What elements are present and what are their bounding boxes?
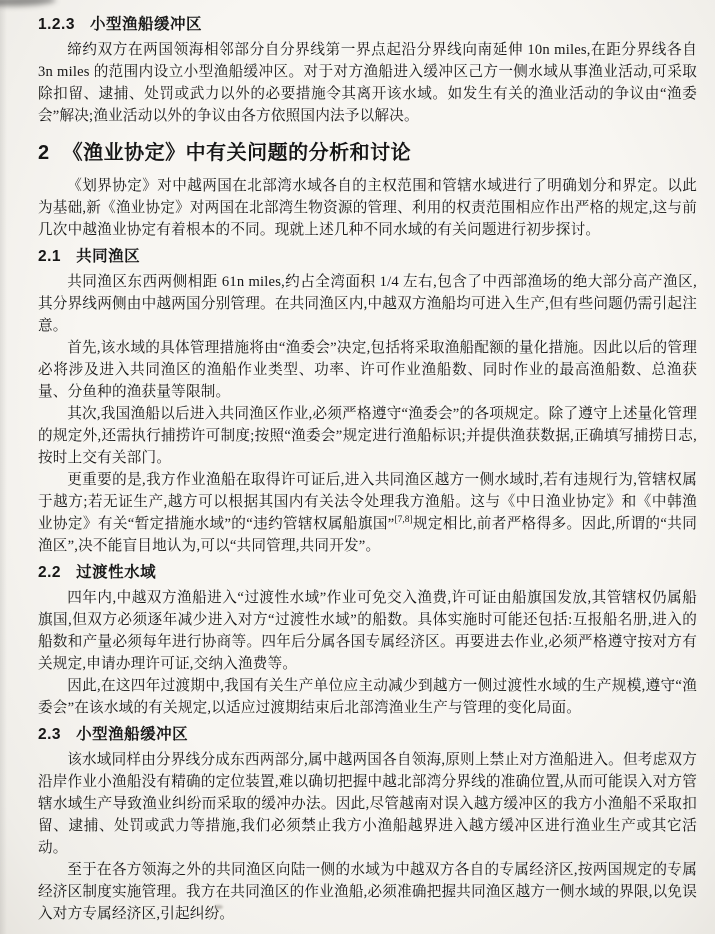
section-title: 过渡性水域 (76, 564, 156, 581)
section-number: 2.2 (38, 564, 61, 581)
paragraph-common-zone-jurisdiction: 更重要的是,我方作业渔船在取得许可证后,进入共同渔区越方一侧水域时,若有违规行为… (38, 469, 697, 557)
section-heading-2-1: 2.1共同渔区 (38, 246, 697, 268)
section-heading-1-2-3: 1.2.3小型渔船缓冲区 (38, 14, 697, 36)
scanned-document-page: 1.2.3小型渔船缓冲区 缔约双方在两国领海相邻部分自分界线第一界点起沿分界线向… (0, 0, 715, 934)
paragraph-common-zone-size: 共同渔区东西两侧相距 61n miles,约占全湾面积 1/4 左右,包含了中西… (38, 271, 697, 337)
section-heading-2-3: 2.3小型渔船缓冲区 (38, 724, 697, 746)
section-title: 小型渔船缓冲区 (90, 16, 202, 33)
citation-ref-7-8: [7,8] (395, 515, 413, 525)
chapter-title: 《渔业协定》中有关问题的分析和讨论 (63, 142, 412, 164)
paragraph-transitional-waters-advice: 因此,在这四年过渡期中,我国有关生产单位应主动减少到越方一侧过渡性水域的生产规模… (38, 675, 697, 719)
section-heading-2: 2《渔业协定》中有关问题的分析和讨论 (38, 140, 697, 166)
paragraph-common-zone-first: 首先,该水域的具体管理措施将由“渔委会”决定,包括将采取渔船配额的量化措施。因此… (38, 337, 697, 403)
section-title: 共同渔区 (76, 248, 140, 265)
chapter-number: 2 (38, 142, 50, 164)
document-content: 1.2.3小型渔船缓冲区 缔约双方在两国领海相邻部分自分界线第一界点起沿分界线向… (0, 0, 715, 925)
paragraph-buffer-zone-discussion: 该水域同样由分界线分成东西两部分,属中越两国各自领海,原则上禁止对方渔船进入。但… (38, 749, 697, 859)
section-title: 小型渔船缓冲区 (76, 726, 188, 743)
section-number: 2.3 (38, 726, 61, 743)
paragraph-agreement-overview: 《划界协定》对中越两国在北部湾水域各自的主权范围和管辖水域进行了明确划分和界定。… (38, 175, 697, 241)
paragraph-transitional-waters-rules: 四年内,中越双方渔船进入“过渡性水域”作业可免交入渔费,许可证由船旗国发放,其管… (38, 587, 697, 675)
paragraph-eez-management: 至于在各方领海之外的共同渔区向陆一侧的水域为中越双方各自的专属经济区,按两国规定… (38, 859, 697, 925)
paragraph-common-zone-second: 其次,我国渔船以后进入共同渔区作业,必须严格遵守“渔委会”的各项规定。除了遵守上… (38, 403, 697, 469)
section-number: 2.1 (38, 248, 61, 265)
section-heading-2-2: 2.2过渡性水域 (38, 562, 697, 584)
paragraph-small-boat-buffer-intro: 缔约双方在两国领海相邻部分自分界线第一界点起沿分界线向南延伸 10n miles… (38, 39, 697, 127)
section-number: 1.2.3 (38, 16, 75, 33)
